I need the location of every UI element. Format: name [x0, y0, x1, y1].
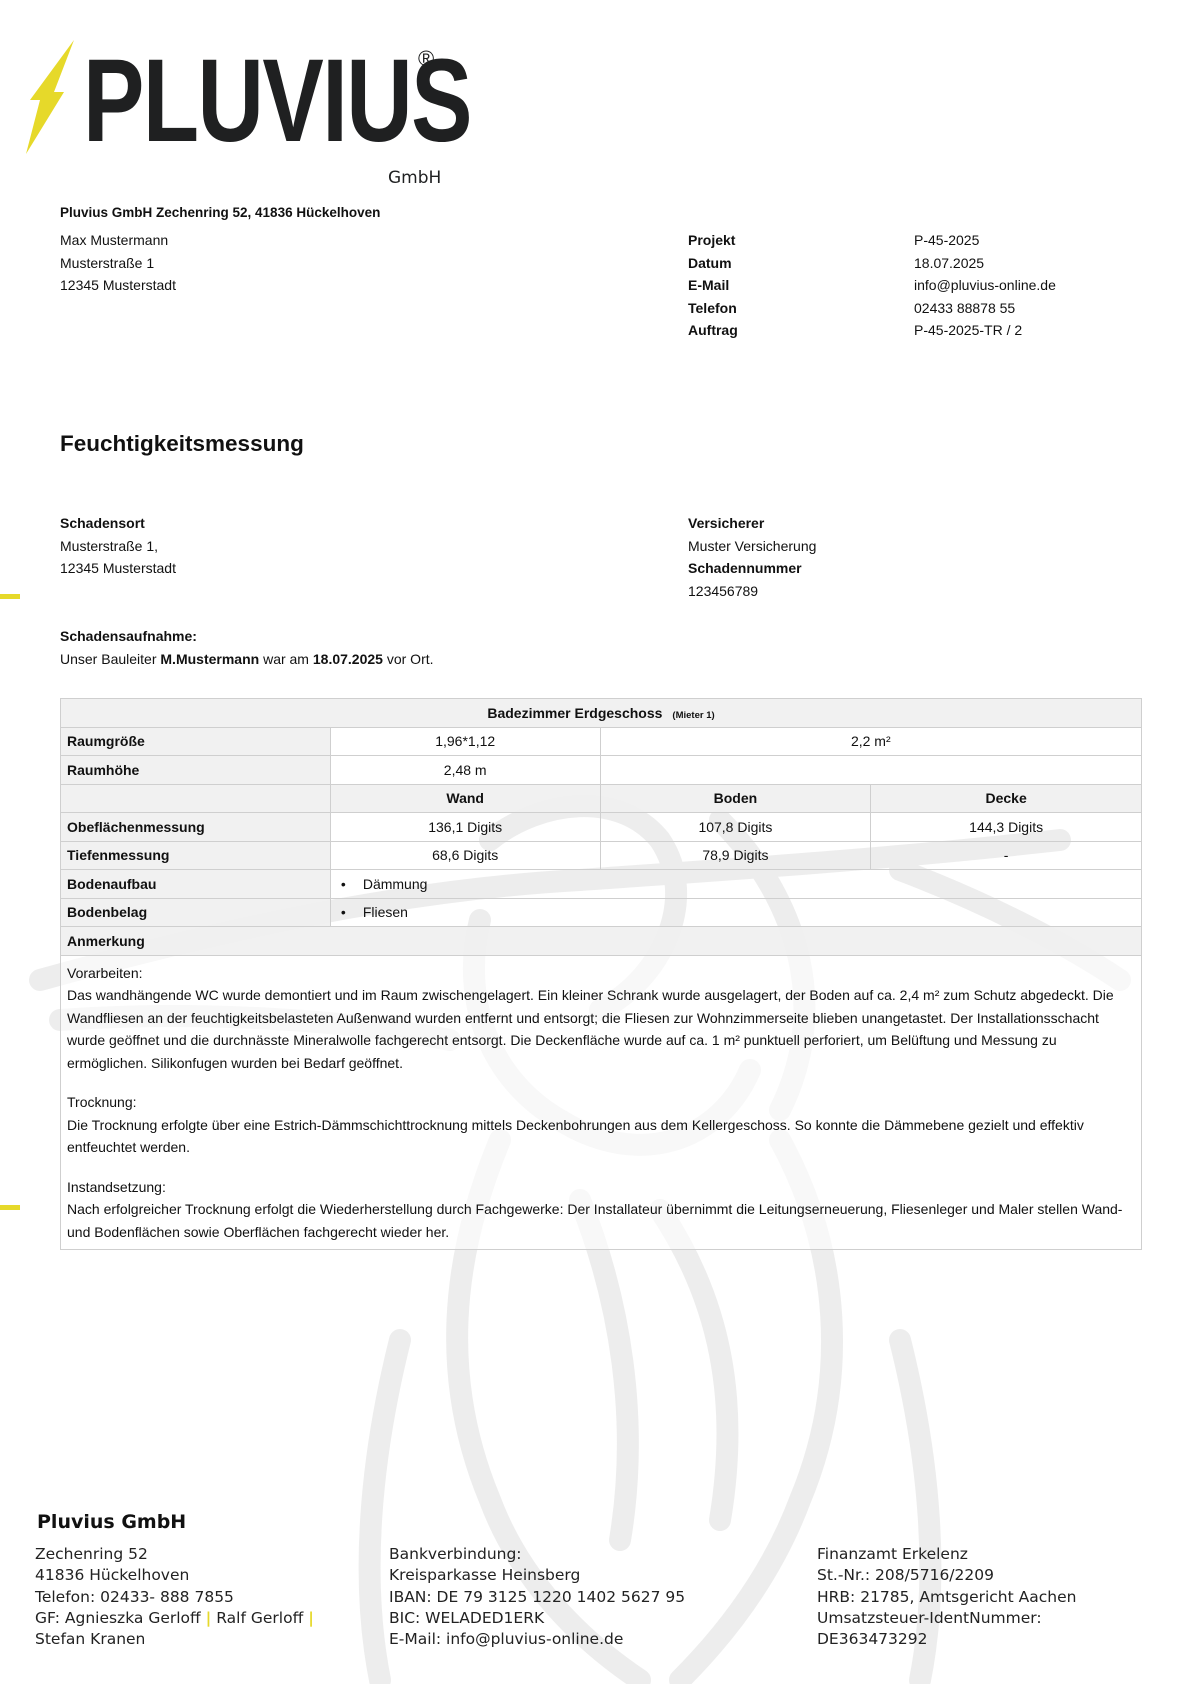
note-heading: Vorarbeiten:	[67, 965, 143, 981]
room-area: 2,2 m²	[600, 727, 1141, 756]
floor-covering: •Fliesen	[330, 898, 1141, 927]
row-label: Raumgröße	[61, 727, 331, 756]
bullet-icon: •	[337, 904, 363, 920]
meta-value[interactable]: info@pluvius-online.de	[914, 274, 1056, 297]
column-header-floor: Boden	[600, 784, 871, 813]
footer-address: Zechenring 52 41836 Hückelhoven Telefon:…	[35, 1544, 314, 1650]
document-meta: Projekt P-45-2025 Datum 18.07.2025 E-Mai…	[688, 229, 1056, 342]
surface-ceiling: 144,3 Digits	[871, 813, 1142, 842]
remarks-content: Vorarbeiten:Das wandhängende WC wurde de…	[61, 955, 1142, 1250]
table-row: Bodenbelag •Fliesen	[61, 898, 1142, 927]
recipient-name: Max Mustermann	[60, 229, 176, 252]
document-title: Feuchtigkeitsmessung	[60, 431, 304, 457]
table-row: Bodenaufbau •Dämmung	[61, 870, 1142, 899]
meta-phone: Telefon 02433 88878 55	[688, 297, 1056, 320]
footer-iban: IBAN: DE 79 3125 1220 1402 5627 95	[389, 1587, 685, 1608]
damage-inspection-label: Schadensaufnahme:	[60, 625, 434, 648]
logo-suffix: GmbH	[388, 168, 441, 188]
footer-managing-directors: GF: Agnieszka Gerloff | Ralf Gerloff |	[35, 1608, 314, 1629]
insurer-info: Versicherer Muster Versicherung Schadenn…	[688, 512, 816, 602]
damage-location: Schadensort Musterstraße 1, 12345 Muster…	[60, 512, 176, 580]
surface-floor: 107,8 Digits	[600, 813, 871, 842]
claim-number-label: Schadennummer	[688, 557, 816, 580]
floor-covering-value: Fliesen	[363, 904, 408, 920]
row-label: Raumhöhe	[61, 756, 331, 785]
floor-structure-value: Dämmung	[363, 876, 428, 892]
logo-wordmark: PLUVIUS	[83, 42, 471, 160]
depth-ceiling: -	[871, 841, 1142, 870]
footer-phone: Telefon: 02433- 888 7855	[35, 1587, 314, 1608]
row-label: Tiefenmessung	[61, 841, 331, 870]
lightning-bolt-icon	[20, 36, 80, 156]
footer-bank: Bankverbindung: Kreisparkasse Heinsberg …	[389, 1544, 685, 1650]
empty-header-cell	[61, 784, 331, 813]
note-preparation: Vorarbeiten:Das wandhängende WC wurde de…	[67, 962, 1135, 1075]
table-row: Raumhöhe 2,48 m	[61, 756, 1142, 785]
footer-vat-id: DE363473292	[817, 1629, 1076, 1650]
note-text: Das wandhängende WC wurde demontiert und…	[67, 987, 1114, 1071]
gf-text: Ralf Gerloff	[211, 1609, 308, 1627]
note-heading: Instandsetzung:	[67, 1179, 166, 1195]
registered-trademark-icon: ®	[418, 46, 434, 72]
footer-tax-number: St.-Nr.: 208/5716/2209	[817, 1565, 1076, 1586]
bullet-icon: •	[337, 876, 363, 892]
footer-tax: Finanzamt Erkelenz St.-Nr.: 208/5716/220…	[817, 1544, 1076, 1650]
inspection-middle: war am	[259, 651, 313, 667]
room-title: Badezimmer Erdgeschoss	[487, 705, 662, 721]
column-header-ceiling: Decke	[871, 784, 1142, 813]
claim-number-value: 123456789	[688, 580, 816, 603]
meta-value: P-45-2025	[914, 229, 979, 252]
recipient-street: Musterstraße 1	[60, 252, 176, 275]
meta-label: Datum	[688, 252, 914, 275]
footer-city: 41836 Hückelhoven	[35, 1565, 314, 1586]
footer-tax-line: Finanzamt Erkelenz	[817, 1544, 1076, 1565]
floor-structure: •Dämmung	[330, 870, 1141, 899]
footer-hrb: HRB: 21785, Amtsgericht Aachen	[817, 1587, 1076, 1608]
footer-bank-line: Bankverbindung:	[389, 1544, 685, 1565]
table-header-row: Badezimmer Erdgeschoss(Mieter 1)	[61, 699, 1142, 728]
meta-email: E-Mail info@pluvius-online.de	[688, 274, 1056, 297]
recipient-address: Max Mustermann Musterstraße 1 12345 Must…	[60, 229, 176, 297]
depth-wall: 68,6 Digits	[330, 841, 600, 870]
table-row: Anmerkung	[61, 927, 1142, 956]
depth-floor: 78,9 Digits	[600, 841, 871, 870]
remarks-label: Anmerkung	[61, 927, 1142, 956]
meta-project: Projekt P-45-2025	[688, 229, 1056, 252]
meta-value: 02433 88878 55	[914, 297, 1015, 320]
site-manager-name: M.Mustermann	[160, 651, 259, 667]
note-heading: Trocknung:	[67, 1094, 137, 1110]
room-height: 2,48 m	[330, 756, 600, 785]
inspection-prefix: Unser Bauleiter	[60, 651, 160, 667]
damage-location-line2: 12345 Musterstadt	[60, 557, 176, 580]
inspection-suffix: vor Ort.	[383, 651, 434, 667]
gf-text: GF: Agnieszka Gerloff	[35, 1609, 206, 1627]
meta-label: Auftrag	[688, 319, 914, 342]
meta-value: 18.07.2025	[914, 252, 984, 275]
meta-date: Datum 18.07.2025	[688, 252, 1056, 275]
table-row: Obeflächenmessung 136,1 Digits 107,8 Dig…	[61, 813, 1142, 842]
footer-company-name: Pluvius GmbH	[37, 1511, 186, 1533]
footer-email[interactable]: E-Mail: info@pluvius-online.de	[389, 1629, 685, 1650]
meta-order: Auftrag P-45-2025-TR / 2	[688, 319, 1056, 342]
meta-label: Telefon	[688, 297, 914, 320]
fold-mark	[0, 594, 20, 599]
damage-location-label: Schadensort	[60, 512, 176, 535]
table-row: Tiefenmessung 68,6 Digits 78,9 Digits -	[61, 841, 1142, 870]
room-note: (Mieter 1)	[672, 710, 714, 721]
room-title-cell: Badezimmer Erdgeschoss(Mieter 1)	[61, 699, 1142, 728]
inspection-date: 18.07.2025	[313, 651, 383, 667]
column-header-wall: Wand	[330, 784, 600, 813]
meta-label: Projekt	[688, 229, 914, 252]
damage-location-line1: Musterstraße 1,	[60, 535, 176, 558]
gf-text: Stefan Kranen	[35, 1629, 314, 1650]
empty-cell	[600, 756, 1141, 785]
damage-inspection-text: Unser Bauleiter M.Mustermann war am 18.0…	[60, 648, 434, 671]
insurer-value: Muster Versicherung	[688, 535, 816, 558]
table-row: Raumgröße 1,96*1,12 2,2 m²	[61, 727, 1142, 756]
footer-bic: BIC: WELADED1ERK	[389, 1608, 685, 1629]
recipient-city: 12345 Musterstadt	[60, 274, 176, 297]
row-label: Bodenbelag	[61, 898, 331, 927]
note-repair: Instandsetzung:Nach erfolgreicher Trockn…	[67, 1176, 1135, 1244]
room-dimensions: 1,96*1,12	[330, 727, 600, 756]
row-label: Obeflächenmessung	[61, 813, 331, 842]
table-column-header-row: Wand Boden Decke	[61, 784, 1142, 813]
company-logo: PLUVIUS ® GmbH	[20, 20, 450, 180]
note-text: Die Trocknung erfolgte über eine Estrich…	[67, 1117, 1084, 1156]
insurer-label: Versicherer	[688, 512, 816, 535]
fold-mark	[0, 1205, 20, 1210]
measurement-table: Badezimmer Erdgeschoss(Mieter 1) Raumgrö…	[60, 698, 1142, 1250]
footer-street: Zechenring 52	[35, 1544, 314, 1565]
meta-value: P-45-2025-TR / 2	[914, 319, 1022, 342]
note-text: Nach erfolgreicher Trocknung erfolgt die…	[67, 1201, 1122, 1240]
separator-icon: |	[308, 1609, 314, 1627]
sender-line: Pluvius GmbH Zechenring 52, 41836 Hückel…	[60, 205, 380, 220]
table-row: Vorarbeiten:Das wandhängende WC wurde de…	[61, 955, 1142, 1250]
footer-bank-line: Kreisparkasse Heinsberg	[389, 1565, 685, 1586]
damage-inspection: Schadensaufnahme: Unser Bauleiter M.Must…	[60, 625, 434, 670]
surface-wall: 136,1 Digits	[330, 813, 600, 842]
note-drying: Trocknung:Die Trocknung erfolgte über ei…	[67, 1091, 1135, 1159]
footer-vat-label: Umsatzsteuer-IdentNummer:	[817, 1608, 1076, 1629]
meta-label: E-Mail	[688, 274, 914, 297]
row-label: Bodenaufbau	[61, 870, 331, 899]
